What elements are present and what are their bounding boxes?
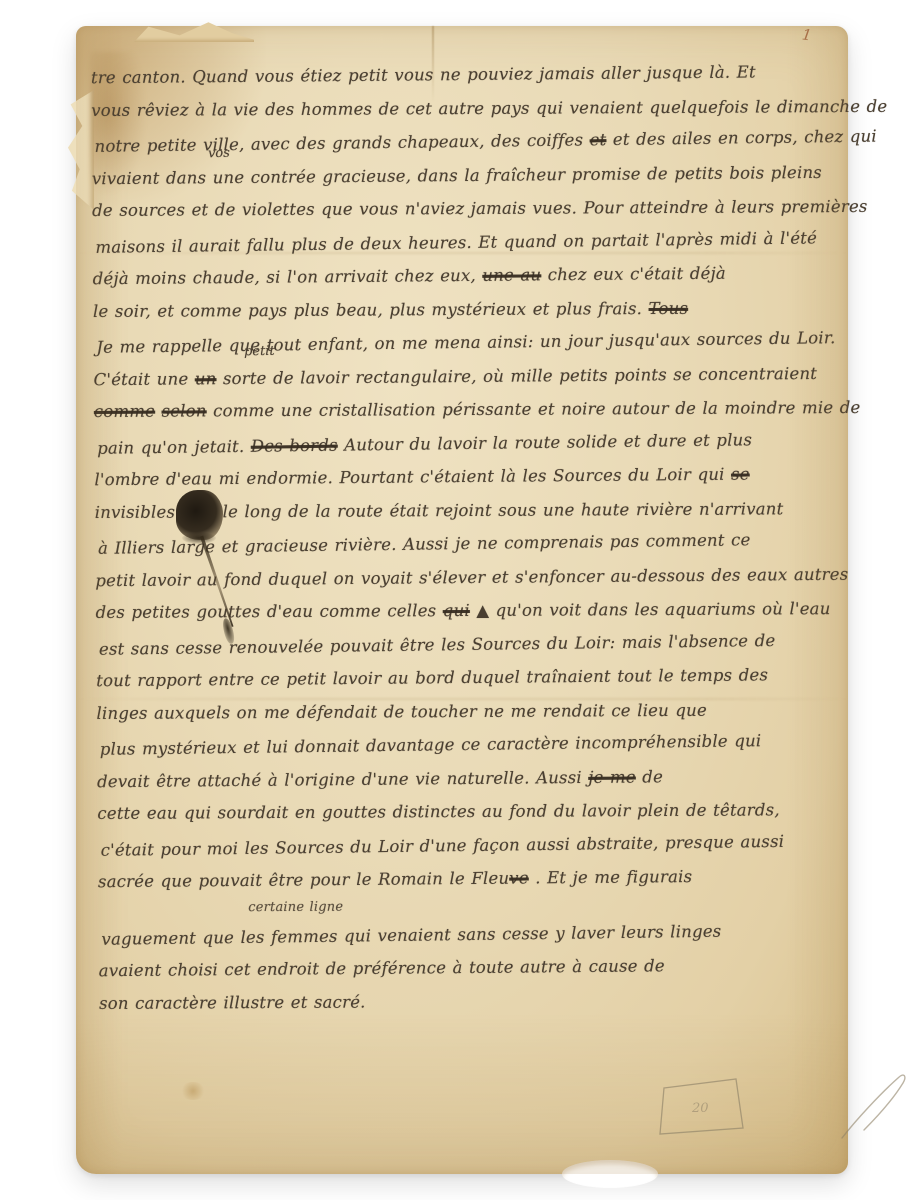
handwritten-text: de	[636, 767, 663, 786]
handwritten-text: devait être attaché à l'origine d'une vi…	[97, 767, 588, 790]
handwritten-text: maisons il aurait fallu plus de deux heu…	[95, 228, 817, 256]
crossed-out-text: une au	[482, 265, 541, 285]
handwritten-text: plus mystérieux et lui donnait davantage…	[100, 731, 762, 759]
handwritten-text: le soir, et comme pays plus beau, plus m…	[93, 299, 649, 321]
handwritten-text: petit lavoir au fond duquel on voyait s'…	[95, 564, 848, 590]
handwritten-text: Autour du lavoir la route solide et dure…	[338, 430, 753, 454]
handwritten-text: c'était pour moi les Sources du Loir d'u…	[101, 831, 785, 859]
handwritten-text: pain qu'on jetait.	[97, 436, 251, 457]
handwritten-text: de sources et de violettes que vous n'av…	[92, 197, 868, 220]
handwritten-text: vivaient dans une contrée gracieuse, dan…	[92, 162, 822, 187]
handwritten-text: tout rapport entre ce petit lavoir au bo…	[96, 665, 768, 690]
crossed-out-text: Tous	[648, 298, 688, 317]
crossed-out-text: un	[195, 369, 217, 388]
handwritten-text: l'ombre d'eau mi endormie. Pourtant c'ét…	[94, 465, 731, 490]
crossed-out-text: selon	[162, 401, 207, 420]
pencil-collector-marks: 20	[636, 1046, 920, 1176]
torn-edge-left	[68, 90, 94, 210]
crossed-out-text: se	[731, 465, 750, 484]
handwritten-text: sacrée que pouvait être pour le Romain l…	[98, 869, 509, 892]
crossed-out-text: je me	[588, 767, 636, 786]
handwritten-text: des petites gouttes d'eau comme celles	[96, 601, 443, 622]
handwritten-text: ▲ qu'on voit dans les aquariums où l'eau	[470, 599, 831, 620]
handwritten-text: cette eau qui sourdait en gouttes distin…	[97, 800, 779, 823]
interline-correction: petit	[244, 344, 275, 360]
handwritten-text: déjà moins chaude, si l'on arrivait chez…	[93, 266, 483, 288]
handwritten-text: tre canton. Quand vous étiez petit vous …	[91, 62, 756, 87]
foxing-stain	[180, 1082, 206, 1100]
handwritten-text: certaine ligne	[248, 899, 343, 914]
handwritten-text: son caractère illustre et sacré.	[99, 992, 366, 1012]
handwritten-text: chez eux c'était déjà	[541, 264, 726, 285]
pencil-squiggle-mark	[842, 1075, 905, 1138]
handwritten-text: vous rêviez à la vie des hommes de cet a…	[91, 96, 887, 119]
handwritten-text: notre petite ville, avec des grands chap…	[94, 130, 589, 155]
handwritten-text: comme une cristallisation périssante et …	[207, 398, 861, 420]
interline-correction: vos	[208, 146, 230, 161]
handwritten-text: et des ailes en corps, chez qui	[606, 127, 877, 150]
handwritten-text: C'était une	[94, 369, 195, 389]
handwritten-text: linges auxquels on me défendait de touch…	[96, 700, 707, 722]
manuscript-paper-sheet: 1 tre canton. Quand vous étiez petit vou…	[76, 26, 848, 1174]
photograph-background: { "page": { "background_color": "#ffffff…	[0, 0, 920, 1200]
crossed-out-text: qui	[443, 601, 470, 620]
crossed-out-text: ve	[509, 868, 529, 887]
manuscript-line: tre canton. Quand vous étiez petit vous …	[91, 55, 831, 95]
torn-edge-top	[134, 20, 254, 42]
handwritten-text: sorte de lavoir rectangulaire, où mille …	[216, 363, 817, 387]
crossed-out-text: et	[589, 130, 606, 149]
handwritten-text: Je me rappelle que tout enfant, on me me…	[96, 328, 835, 357]
pencil-box-number: 20	[691, 1101, 709, 1116]
handwritten-text: . Et je me figurais	[529, 867, 693, 887]
handwritten-text: est sans cesse renouvelée pouvait être l…	[99, 630, 776, 658]
handwritten-text: avaient choisi cet endroit de préférence…	[99, 956, 665, 980]
crossed-out-text: Des bords	[251, 435, 338, 455]
handwritten-text: vaguement que les femmes qui venaient sa…	[101, 921, 721, 948]
crossed-out-text: comme	[94, 402, 155, 421]
page-number-mark: 1	[801, 25, 813, 44]
manuscript-line: son caractère illustre et sacré.	[99, 983, 839, 1020]
ink-blot	[176, 490, 223, 540]
